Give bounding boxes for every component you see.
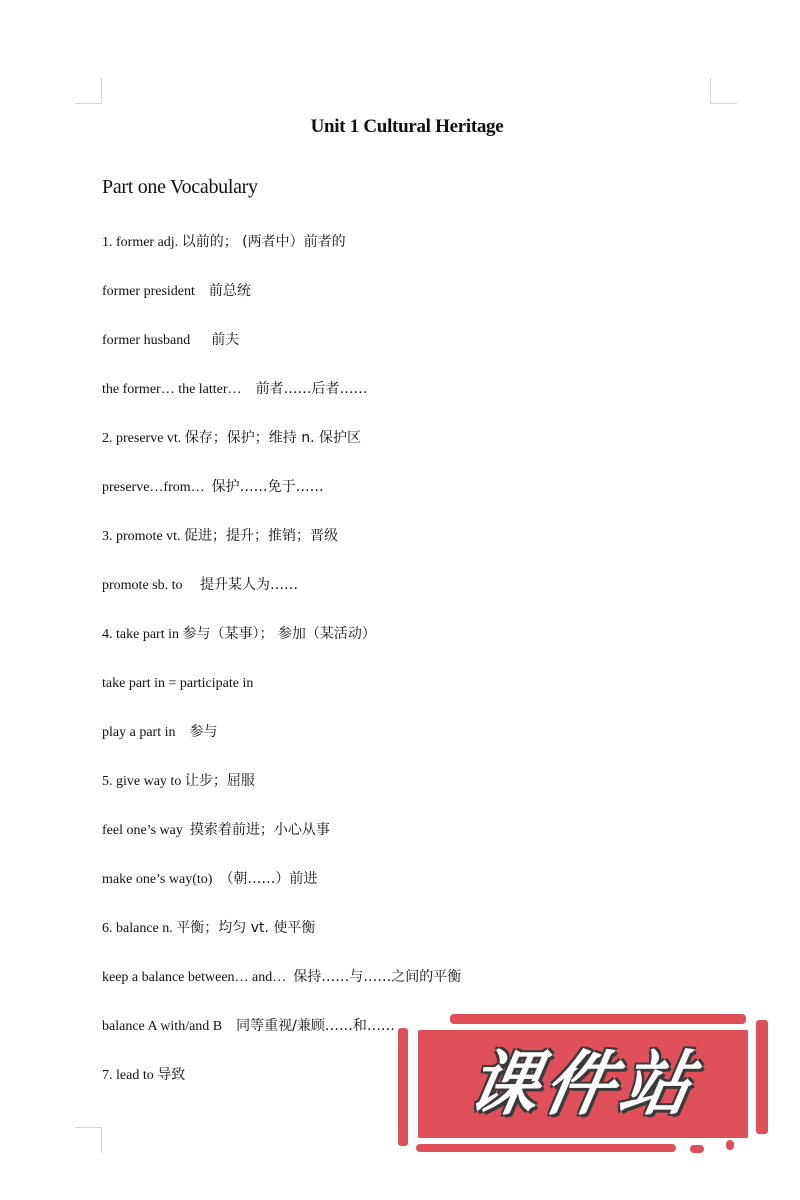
- vocab-line: 3. promote vt. 促进；提升；推销；晋级: [102, 526, 338, 547]
- vocab-line: play a part in 参与: [102, 722, 217, 743]
- vocab-line: feel one’s way 摸索着前进；小心从事: [102, 820, 330, 841]
- crop-mark-top-left-icon: [75, 78, 102, 104]
- watermark-stamp: 课件站: [398, 1014, 770, 1164]
- crop-mark-top-right-icon: [710, 78, 737, 104]
- vocab-line: promote sb. to 提升某人为……: [102, 575, 298, 596]
- vocab-line: balance A with/and B 同等重视/兼顾……和……: [102, 1016, 395, 1037]
- vocab-line: make one’s way(to) （朝……）前进: [102, 869, 317, 890]
- vocab-line: former husband 前夫: [102, 330, 239, 351]
- stamp-speck: [726, 1140, 734, 1150]
- vocab-line: 6. balance n. 平衡；均匀 vt. 使平衡: [102, 918, 315, 939]
- vocab-line: 2. preserve vt. 保存；保护；维持 n. 保护区: [102, 428, 361, 449]
- vocab-line: 1. former adj. 以前的； (两者中）前者的: [102, 232, 346, 253]
- stamp-speck: [690, 1145, 704, 1153]
- vocab-line: keep a balance between… and… 保持……与……之间的平…: [102, 967, 461, 988]
- stamp-edge-top: [450, 1014, 746, 1024]
- vocab-line: 4. take part in 参与（某事）； 参加（某活动）: [102, 624, 376, 645]
- stamp-edge-right: [756, 1020, 768, 1134]
- section-heading: Part one Vocabulary: [102, 176, 258, 199]
- vocab-line: 7. lead to 导致: [102, 1065, 185, 1086]
- crop-mark-bottom-left-icon: [75, 1127, 102, 1153]
- vocab-line: preserve…from… 保护……免于……: [102, 477, 324, 498]
- watermark-text: 课件站: [412, 1036, 755, 1132]
- vocab-line: the former… the latter… 前者……后者……: [102, 379, 368, 400]
- vocab-line: former president 前总统: [102, 281, 251, 302]
- document-title: Unit 1 Cultural Heritage: [0, 116, 800, 138]
- vocab-line: 5. give way to 让步；屈服: [102, 771, 255, 792]
- vocab-line: take part in = participate in: [102, 673, 253, 694]
- stamp-edge-bottom: [416, 1144, 676, 1152]
- stamp-edge-left: [398, 1028, 408, 1146]
